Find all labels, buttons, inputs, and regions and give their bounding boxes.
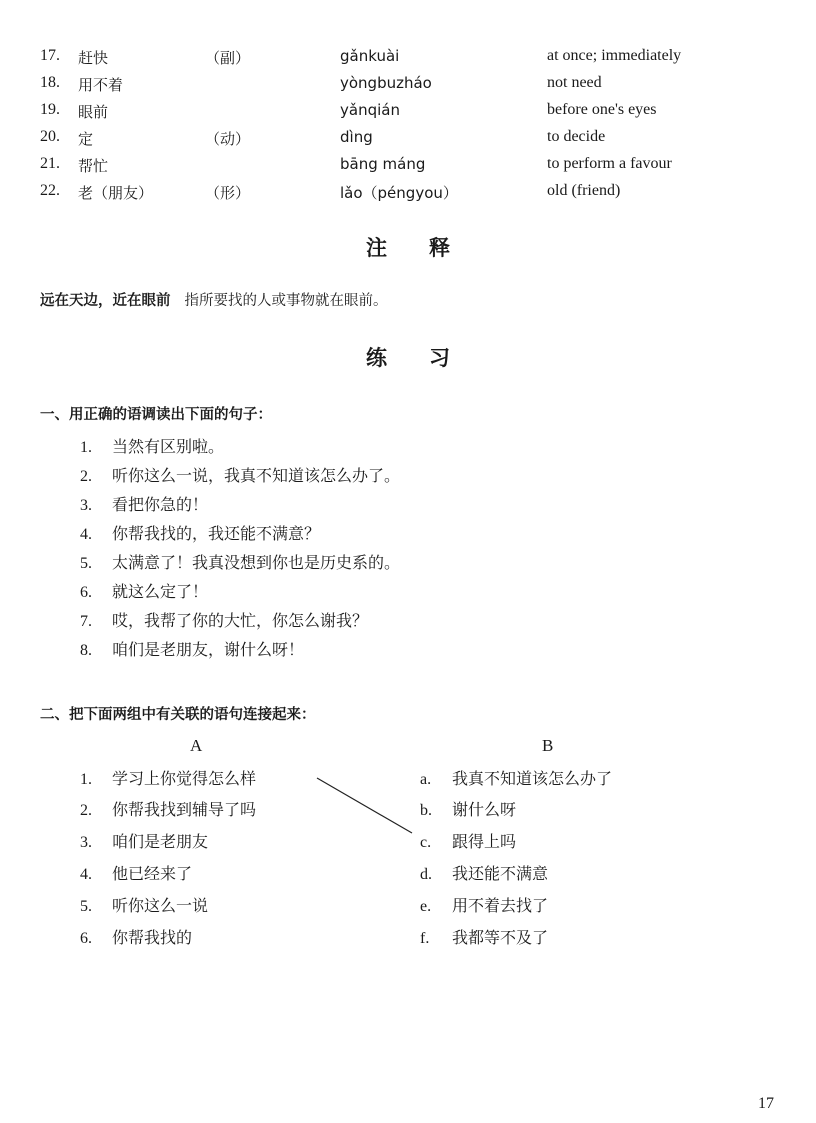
connection-line <box>0 0 816 1123</box>
page-number: 17 <box>758 1095 774 1113</box>
